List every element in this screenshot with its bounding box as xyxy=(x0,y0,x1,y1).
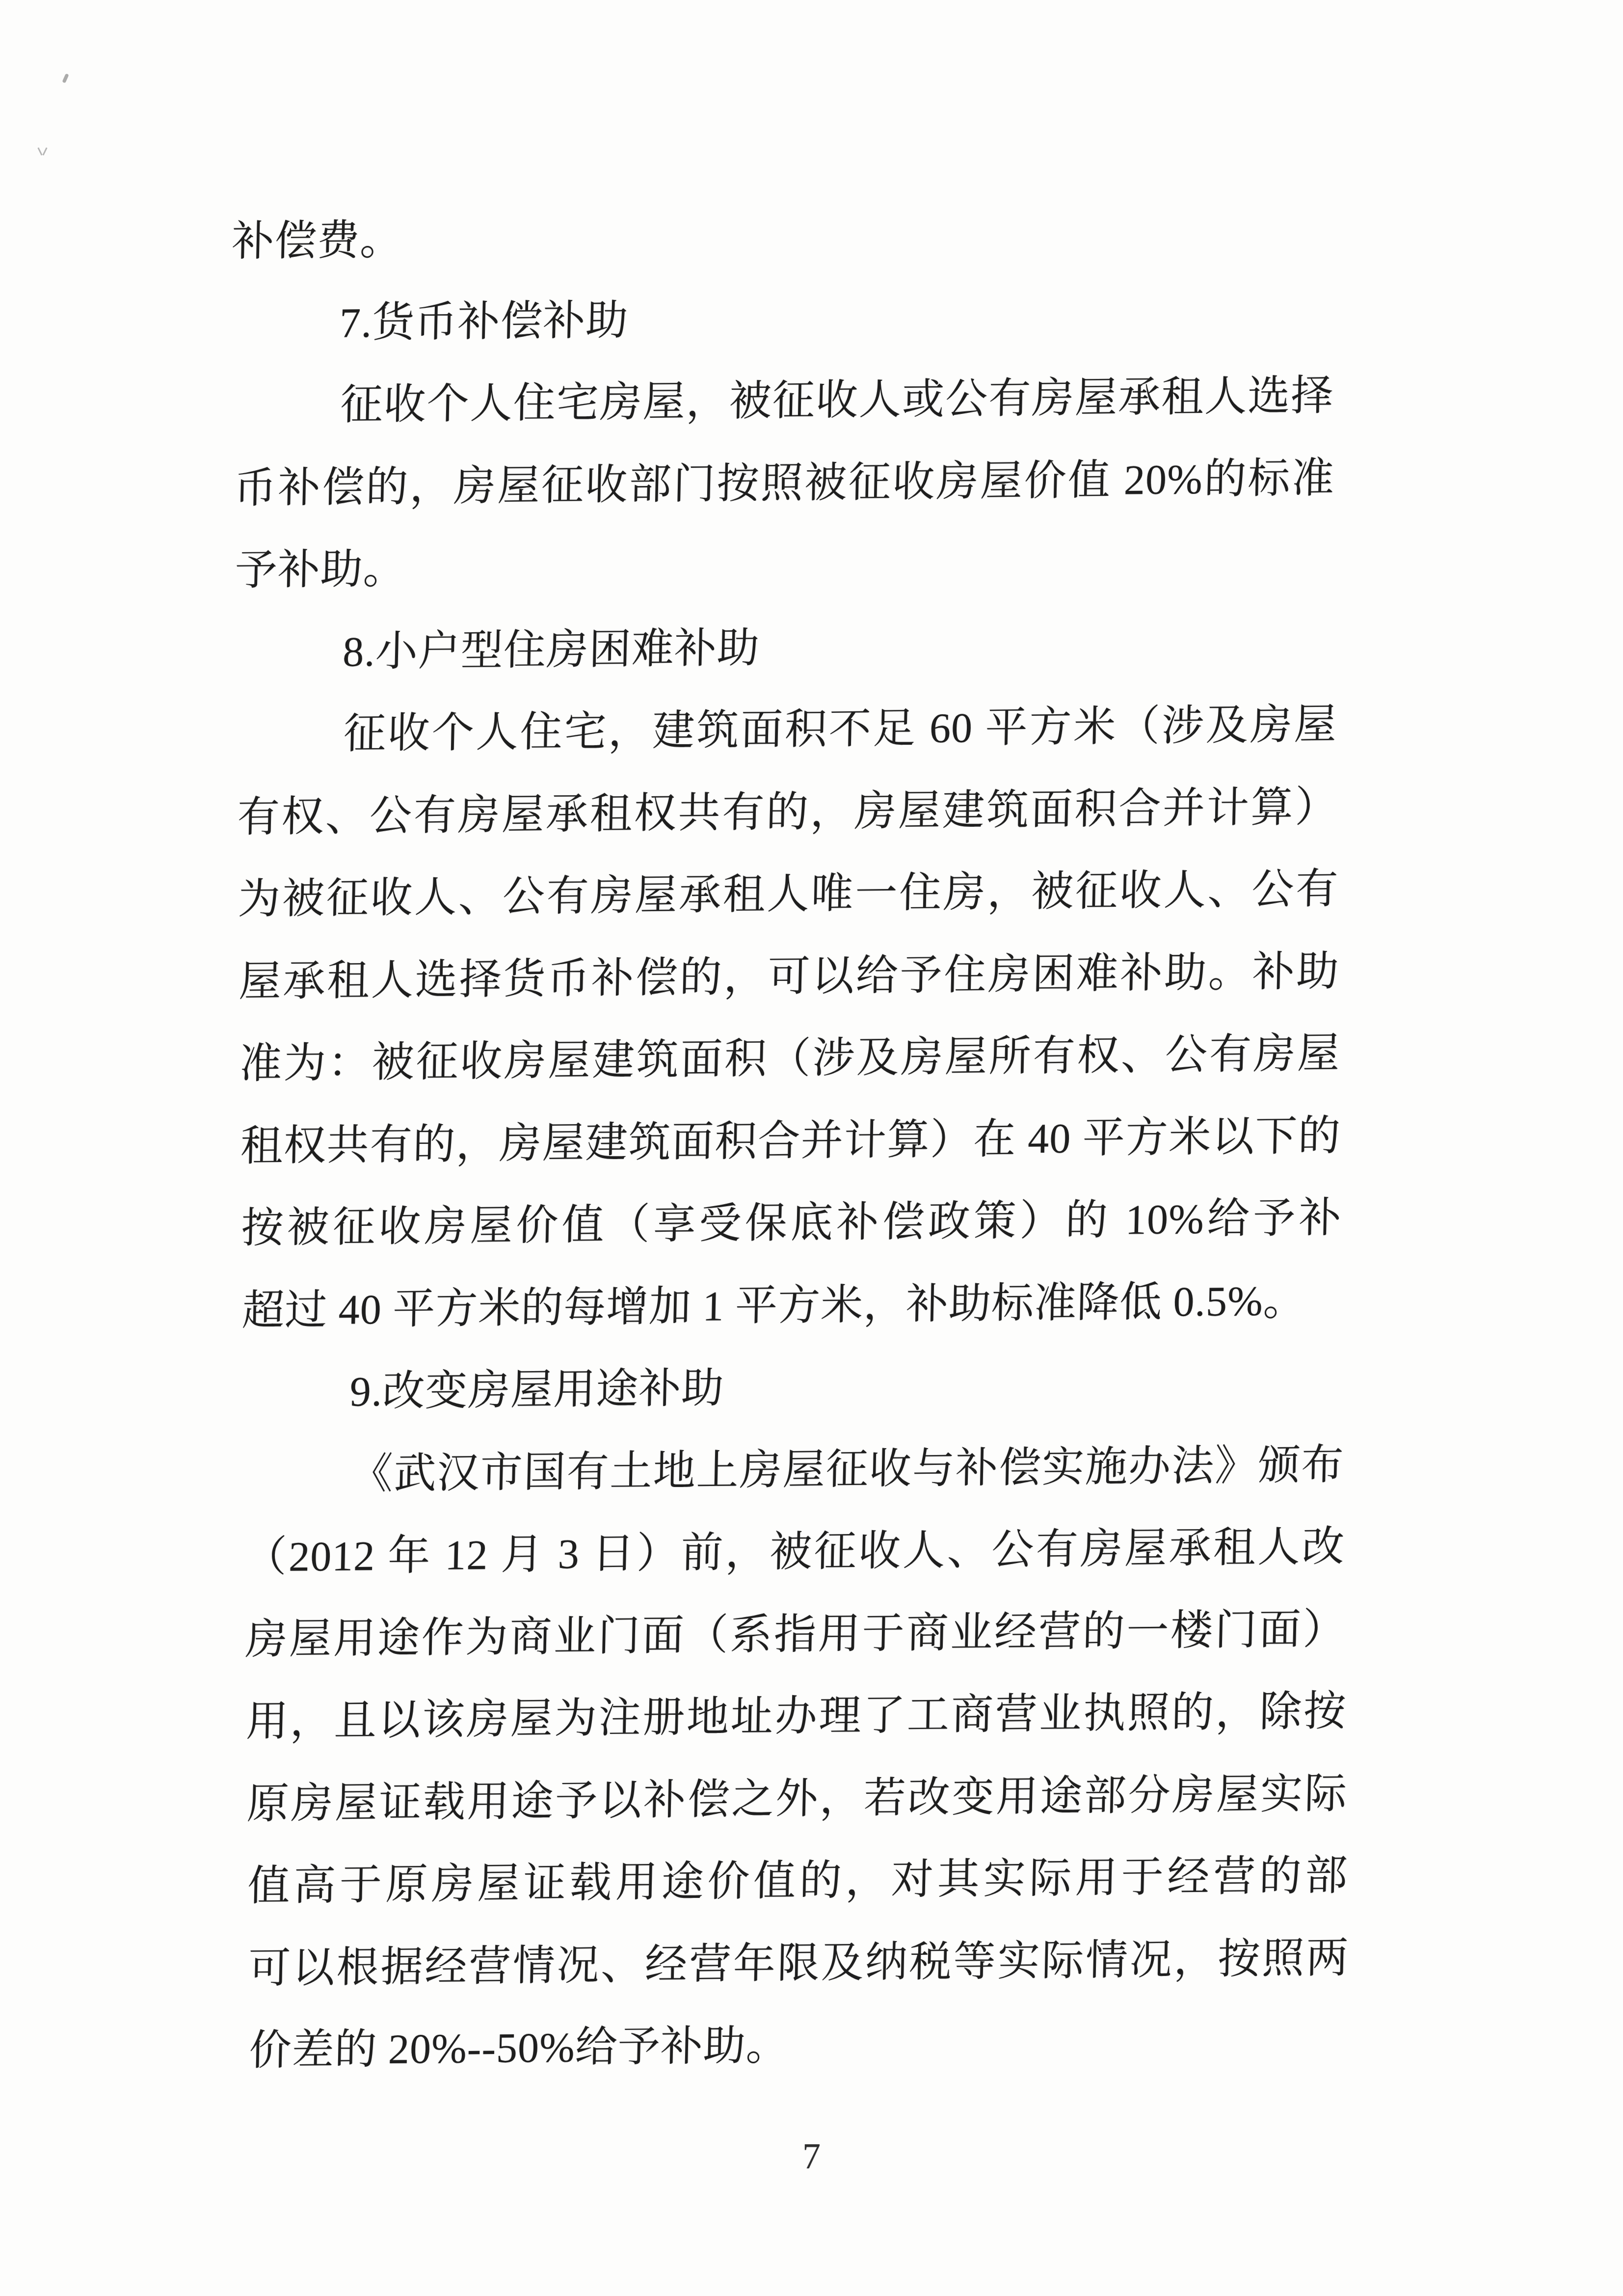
text-line: （2012 年 12 月 3 日）前，被征收人、公有房屋承租人改变 xyxy=(243,1506,1346,1598)
text-line: 值高于原房屋证载用途价值的，对其实际用于经营的部分， xyxy=(247,1835,1349,1927)
text-line: 币补偿的，房屋征收部门按照被征收房屋价值 20%的标准给 xyxy=(233,437,1335,530)
text-block: 补偿费。7.货币补偿补助征收个人住宅房屋，被征收人或公有房屋承租人选择货币补偿的… xyxy=(232,190,1350,2092)
text-line: 7.货币补偿补助 xyxy=(232,272,1334,365)
scan-speck xyxy=(62,73,69,83)
text-line: 价差的 20%--50%给予补助。 xyxy=(248,1999,1351,2092)
scanned-document-page: 补偿费。7.货币补偿补助征收个人住宅房屋，被征收人或公有房屋承租人选择货币补偿的… xyxy=(0,0,1623,2296)
text-line: 房屋用途作为商业门面（系指用于商业经营的一楼门面）使 xyxy=(244,1588,1347,1681)
text-line: 9.改变房屋用途补助 xyxy=(242,1341,1344,1434)
text-line: 征收个人住宅，建筑面积不足 60 平方米（涉及房屋所 xyxy=(236,683,1338,776)
text-line: 超过 40 平方米的每增加 1 平方米，补助标准降低 0.5%。 xyxy=(241,1259,1343,1352)
page-number: 7 xyxy=(0,2130,1623,2184)
text-line: 准为：被征收房屋建筑面积（涉及房屋所有权、公有房屋承 xyxy=(239,1012,1341,1105)
text-line: 用，且以该房屋为注册地址办理了工商营业执照的，除按照 xyxy=(245,1670,1347,1763)
text-line: 补偿费。 xyxy=(231,190,1333,283)
text-line: 租权共有的，房屋建筑面积合并计算）在 40 平方米以下的 xyxy=(239,1095,1342,1188)
text-line: 按被征收房屋价值（享受保底补偿政策）的 10%给予补助， xyxy=(240,1177,1343,1270)
text-line: 屋承租人选择货币补偿的，可以给予住房困难补助。补助标 xyxy=(238,930,1340,1023)
scan-speck xyxy=(37,147,48,155)
text-line: 为被征收人、公有房屋承租人唯一住房，被征收人、公有房 xyxy=(237,848,1339,941)
text-line: 原房屋证载用途予以补偿之外，若改变用途部分房屋实际价 xyxy=(246,1753,1348,1845)
text-line: 8.小户型住房困难补助 xyxy=(235,601,1337,694)
text-line: 《武汉市国有土地上房屋征收与补偿实施办法》颁布 xyxy=(243,1424,1345,1516)
text-line: 征收个人住宅房屋，被征收人或公有房屋承租人选择货 xyxy=(233,354,1335,447)
text-line: 予补助。 xyxy=(234,519,1336,612)
text-line: 有权、公有房屋承租权共有的，房屋建筑面积合并计算）且 xyxy=(237,766,1339,859)
text-line: 可以根据经营情况、经营年限及纳税等实际情况，按照两者 xyxy=(247,1917,1350,2010)
